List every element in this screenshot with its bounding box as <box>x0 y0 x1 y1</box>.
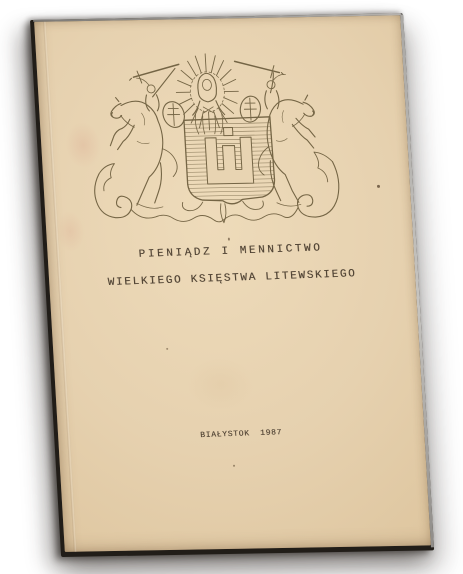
book-front-cover: PIENIĄDZ I MENNICTWO WIELKIEGO KSIĘSTWA … <box>34 15 431 552</box>
cover-imprint: BIAŁYSTOK 1987 <box>58 423 424 445</box>
gediminas-columns-shield-icon <box>182 117 277 205</box>
paper-speck <box>166 348 168 350</box>
coat-of-arms-emblem <box>82 50 344 231</box>
paper-speck <box>228 238 230 241</box>
photo-scene: PIENIĄDZ I MENNICTWO WIELKIEGO KSIĘSTWA … <box>0 0 463 574</box>
paper-speck <box>377 185 380 188</box>
knight-on-horseback-left-icon <box>106 68 192 205</box>
book: PIENIĄDZ I MENNICTWO WIELKIEGO KSIĘSTWA … <box>30 13 434 557</box>
cover-stain <box>173 348 267 420</box>
radiant-madonna-icon <box>190 73 226 134</box>
paper-speck <box>233 465 235 467</box>
cover-title-line-1: PIENIĄDZ I MENNICTWO <box>47 239 413 264</box>
cover-title-line-2: WIELKIEGO KSIĘSTWA LITEWSKIEGO <box>49 266 415 291</box>
